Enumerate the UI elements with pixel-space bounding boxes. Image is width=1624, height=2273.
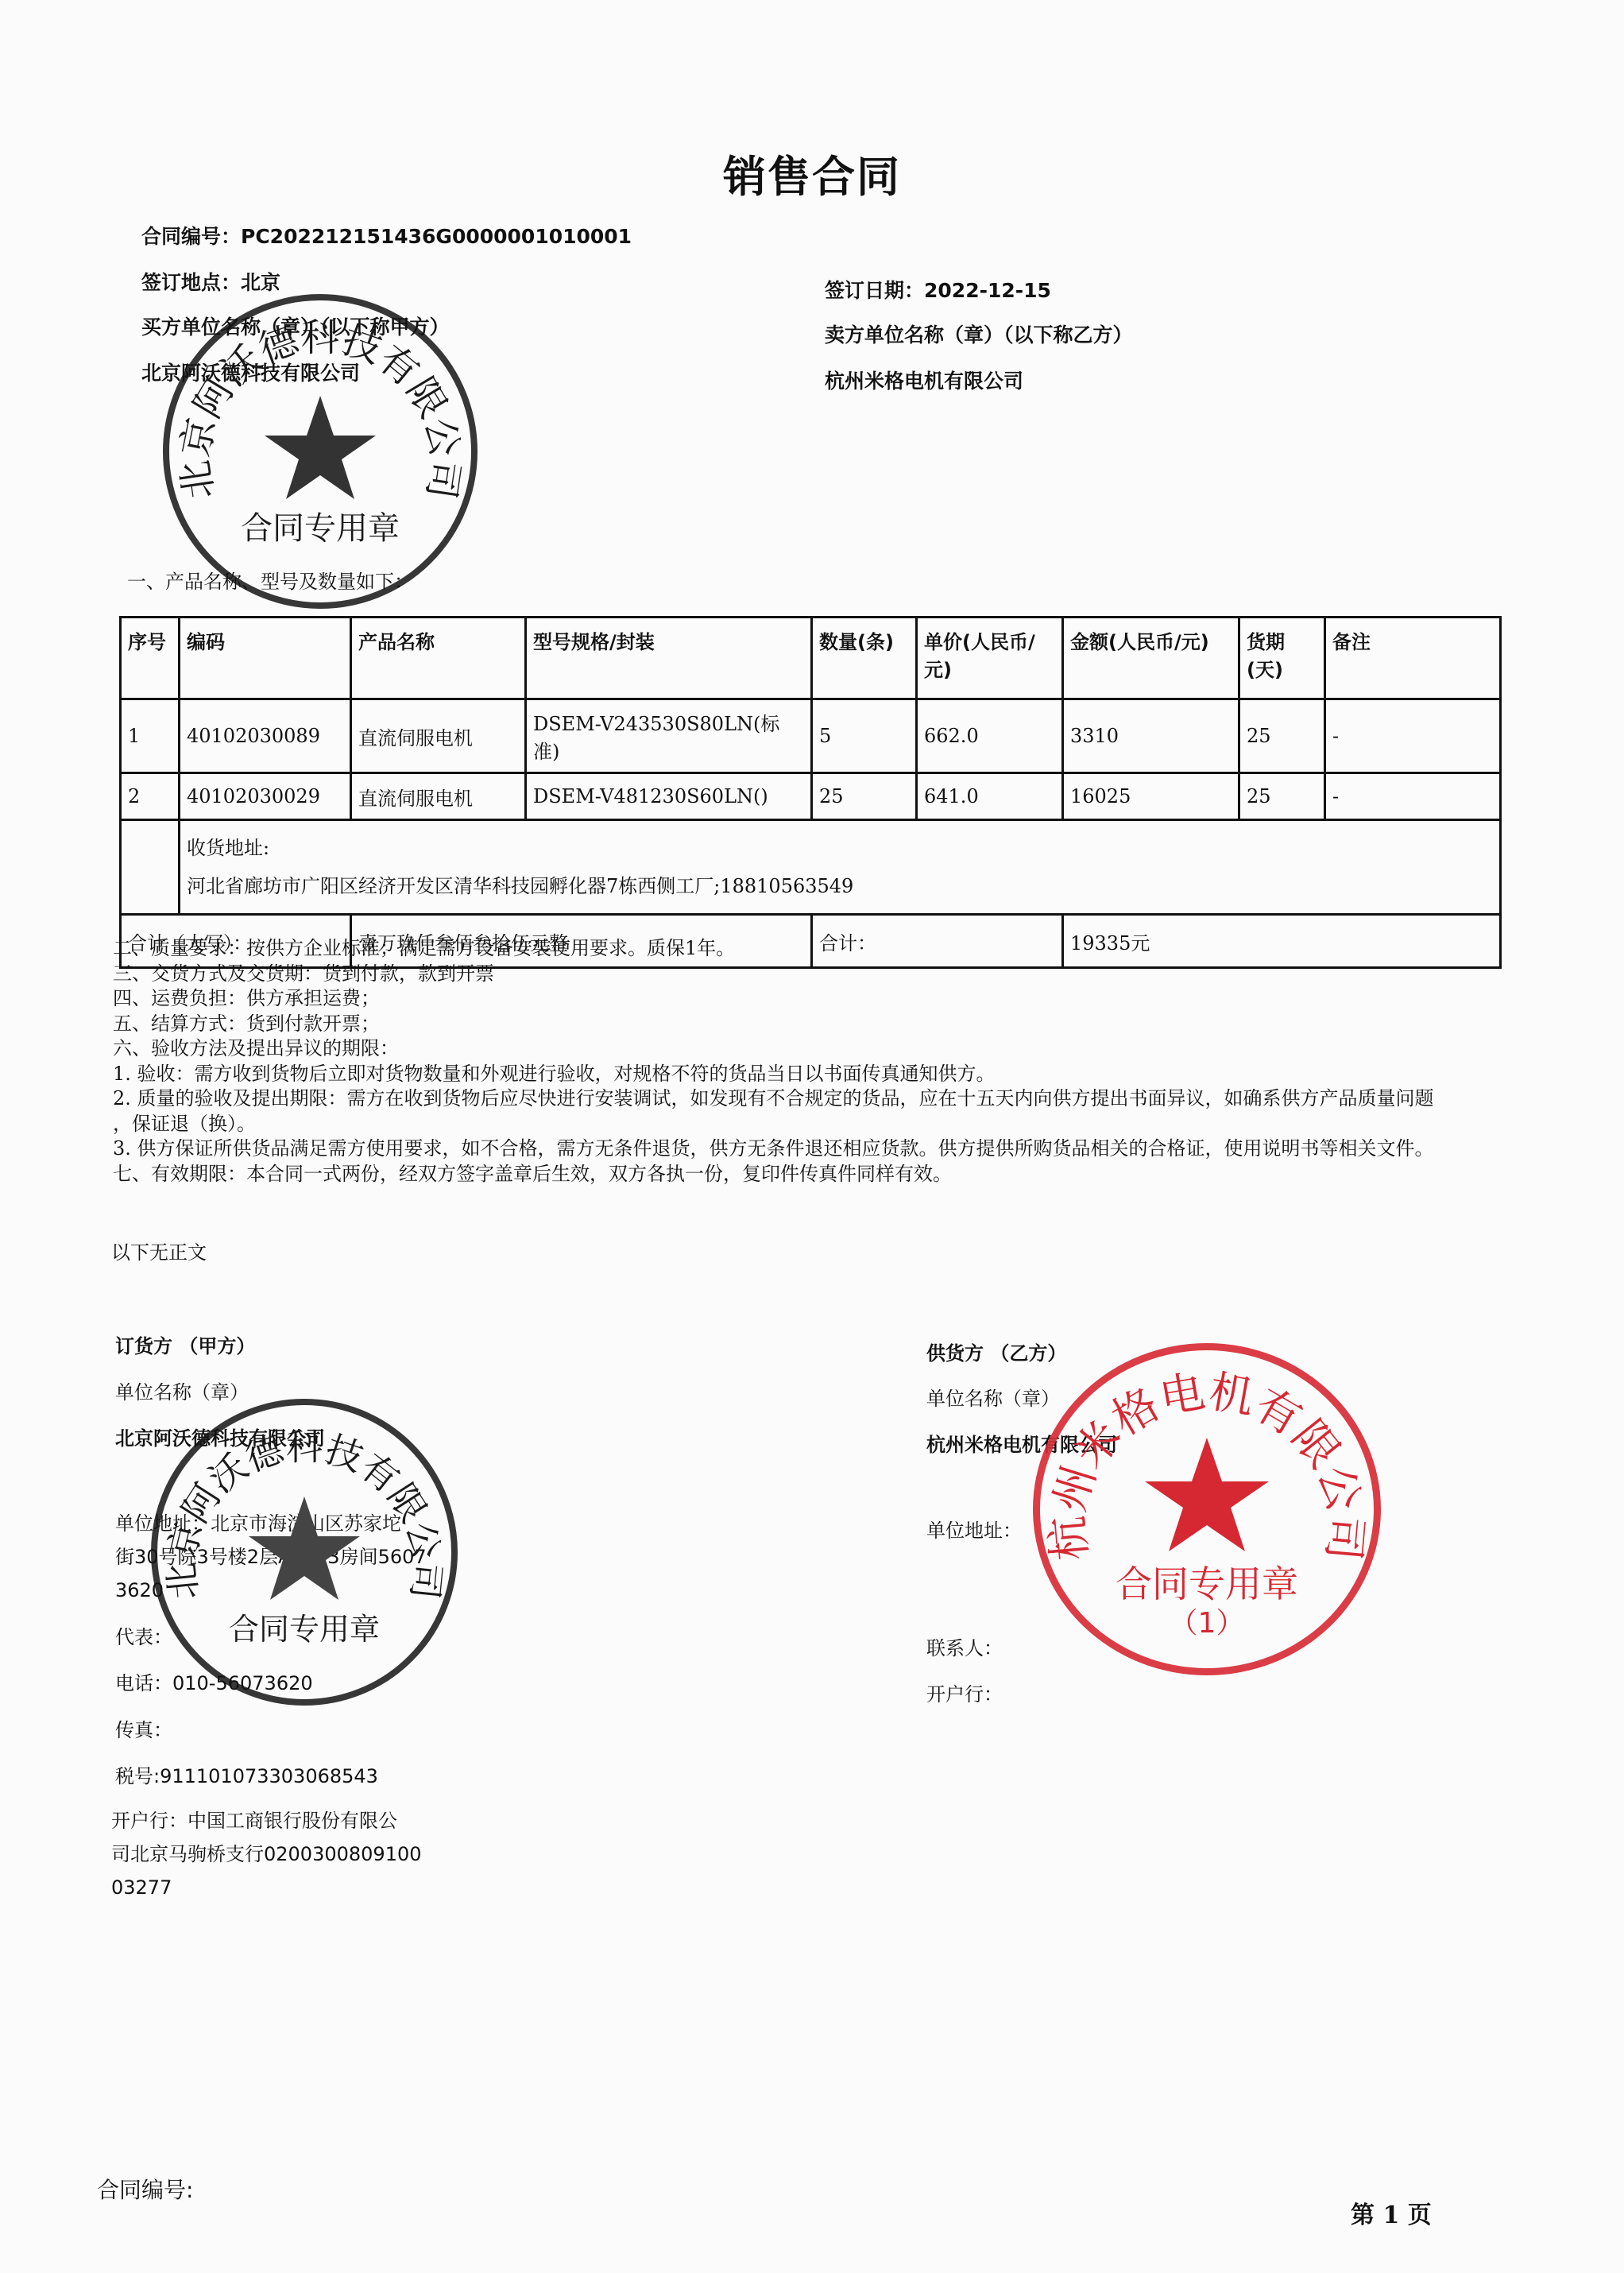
header-product-name: 产品名称 (351, 618, 526, 699)
seller-bank: 开户行： (926, 1679, 1003, 1706)
header-model: 型号规格/封装 (526, 618, 812, 699)
seller-contact: 联系人： (926, 1632, 1003, 1660)
seller-name: 杭州米格电机有限公司 (825, 366, 1023, 394)
cell-quantity: 5 (812, 699, 917, 773)
header-lead-time: 货期(天) (1239, 618, 1325, 699)
svg-text:北京阿沃德科技有限公司: 北京阿沃德科技有限公司 (172, 316, 467, 501)
term-delivery: 三、交货方式及交货期：货到付款，款到开票 (113, 962, 1511, 987)
buyer-representative: 代表： (115, 1621, 172, 1649)
header-amount: 金额(人民币/元) (1063, 618, 1239, 699)
buyer-unit-name: 北京阿沃德科技有限公司 (115, 1423, 325, 1450)
term-acceptance: 六、验收方法及提出异议的期限： (113, 1036, 1511, 1062)
buyer-label: 买方单位名称（章）（以下称甲方） (141, 312, 450, 340)
section-1-heading: 一、产品名称、型号及数量如下： (127, 566, 413, 594)
cell-remarks: - (1325, 773, 1501, 820)
cell-lead-time: 25 (1239, 699, 1325, 773)
cell-amount: 16025 (1063, 773, 1239, 820)
seller-seal-graphic: 杭州米格电机有限公司 合同专用章 （1） (1040, 1350, 1374, 1668)
contract-number: 合同编号：PC202212151436G0000001010001 (141, 221, 632, 250)
svg-text:（1）: （1） (1170, 1607, 1245, 1640)
delivery-address: 河北省廊坊市广阳区经济开发区清华科技园孵化器7栋西侧工厂;18810563549 (187, 867, 1493, 905)
sign-place: 签订地点：北京 (141, 267, 280, 296)
sign-place-label: 签订地点： (141, 271, 241, 294)
buyer-address-line: 街30号院3号楼2层A0773房间5607 (115, 1540, 427, 1574)
buyer-bank-line: 开户行：中国工商银行股份有限公 (111, 1804, 422, 1837)
cell-unit-price: 641.0 (917, 773, 1063, 820)
term-validity: 七、有效期限：本合同一式两份，经双方签字盖章后生效，双方各执一份，复印件传真件同… (113, 1162, 1511, 1187)
seller-heading: 供货方 （乙方） (926, 1338, 1066, 1365)
cell-remarks: - (1325, 699, 1501, 773)
term-acceptance-1: 1. 验收：需方收到货物后立即对货物数量和外观进行验收，对规格不符的货品当日以书… (113, 1062, 1511, 1087)
table-header-row: 序号 编码 产品名称 型号规格/封装 数量(条) 单价(人民币/元) 金额(人民… (121, 618, 1501, 699)
header-code: 编码 (180, 618, 351, 699)
address-row: 收货地址: 河北省廊坊市广阳区经济开发区清华科技园孵化器7栋西侧工厂;18810… (121, 820, 1501, 915)
cell-quantity: 25 (812, 773, 917, 820)
svg-text:合同专用章: 合同专用章 (1116, 1562, 1298, 1605)
document-title: 销售合同 (0, 143, 1624, 204)
cell-model: DSEM-V243530S80LN(标准) (526, 699, 812, 773)
buyer-bank-line: 司北京马驹桥支行0200300809100 (111, 1837, 422, 1871)
cell-amount: 3310 (1063, 699, 1239, 773)
seller-label: 卖方单位名称（章）（以下称乙方） (825, 319, 1133, 348)
cell-unit-price: 662.0 (917, 699, 1063, 773)
sign-date-value: 2022-12-15 (924, 279, 1051, 302)
end-note: 以下无正文 (111, 1237, 207, 1264)
table-row: 2 40102030029 直流伺服电机 DSEM-V481230S60LN()… (121, 773, 1501, 820)
buyer-fax: 传真： (115, 1714, 172, 1742)
cell-product-name: 直流伺服电机 (351, 773, 526, 820)
term-settlement: 五、结算方式：货到付款开票； (113, 1012, 1511, 1037)
cell-index: 1 (121, 699, 180, 773)
delivery-address-cell: 收货地址: 河北省廊坊市广阳区经济开发区清华科技园孵化器7栋西侧工厂;18810… (180, 820, 1501, 915)
buyer-seal-top: 北京阿沃德科技有限公司 合同专用章 (163, 294, 478, 609)
cell-product-name: 直流伺服电机 (351, 699, 526, 773)
sign-date-label: 签订日期： (825, 279, 924, 302)
buyer-address-line: 单位地址：北京市海淀山区苏家坨 (115, 1507, 427, 1540)
header-remarks: 备注 (1325, 618, 1501, 699)
buyer-tax-number: 税号:911101073303068543 (115, 1760, 378, 1788)
seller-unit-label: 单位名称（章） (926, 1383, 1060, 1411)
contract-number-value: PC202212151436G0000001010001 (241, 225, 632, 248)
svg-text:合同专用章: 合同专用章 (241, 510, 400, 547)
sign-date: 签订日期：2022-12-15 (825, 275, 1051, 304)
items-table: 序号 编码 产品名称 型号规格/封装 数量(条) 单价(人民币/元) 金额(人民… (119, 616, 1502, 969)
seller-unit-name: 杭州米格电机有限公司 (926, 1429, 1117, 1457)
buyer-seal-graphic: 北京阿沃德科技有限公司 合同专用章 (169, 300, 471, 602)
contract-number-label: 合同编号： (141, 225, 241, 248)
footer-contract-number: 合同编号: (97, 2173, 193, 2205)
table-row: 1 40102030089 直流伺服电机 DSEM-V243530S80LN(标… (121, 699, 1501, 773)
cell-code: 40102030029 (180, 773, 351, 820)
term-freight: 四、运费负担：供方承担运费； (113, 986, 1511, 1012)
term-acceptance-2: 2. 质量的验收及提出期限：需方在收到货物后应尽快进行安装调试，如发现有不合规定… (113, 1086, 1511, 1112)
header-quantity: 数量(条) (812, 618, 917, 699)
buyer-bank: 开户行：中国工商银行股份有限公 司北京马驹桥支行0200300809100 03… (111, 1804, 422, 1904)
cell-code: 40102030089 (180, 699, 351, 773)
term-acceptance-3: 3. 供方保证所供货品满足需方使用要求，如不合格，需方无条件退货，供方无条件退还… (113, 1136, 1511, 1162)
cell-model: DSEM-V481230S60LN() (526, 773, 812, 820)
sign-place-value: 北京 (241, 271, 280, 294)
cell-lead-time: 25 (1239, 773, 1325, 820)
header-unit-price: 单价(人民币/元) (917, 618, 1063, 699)
cell-index: 2 (121, 773, 180, 820)
page-number: 第 1 页 (1351, 2195, 1432, 2230)
seller-address: 单位地址： (926, 1515, 1022, 1543)
star-icon (265, 396, 376, 499)
star-icon (1145, 1438, 1269, 1551)
terms-section: 二、质量要求：按供方企业标准；满足需方设备安装使用要求。质保1年。 三、交货方式… (113, 936, 1511, 1187)
buyer-bank-line: 03277 (111, 1871, 422, 1904)
svg-text:合同专用章: 合同专用章 (229, 1612, 380, 1647)
svg-text:杭州米格电机有限公司: 杭州米格电机有限公司 (1042, 1366, 1371, 1563)
buyer-address-line: 3620 (115, 1574, 427, 1607)
buyer-phone: 电话：010-56073620 (115, 1667, 313, 1695)
delivery-address-label: 收货地址: (187, 829, 1493, 867)
buyer-heading: 订货方 （甲方） (115, 1330, 255, 1358)
term-quality: 二、质量要求：按供方企业标准；满足需方设备安装使用要求。质保1年。 (113, 936, 1511, 962)
term-acceptance-2-cont: ，保证退（换）。 (113, 1112, 1511, 1137)
header-index: 序号 (121, 618, 180, 699)
buyer-address: 单位地址：北京市海淀山区苏家坨 街30号院3号楼2层A0773房间5607 36… (115, 1507, 427, 1607)
buyer-unit-label: 单位名称（章） (115, 1377, 249, 1404)
seller-seal: 杭州米格电机有限公司 合同专用章 （1） (1033, 1343, 1381, 1675)
buyer-name: 北京阿沃德科技有限公司 (141, 358, 360, 386)
